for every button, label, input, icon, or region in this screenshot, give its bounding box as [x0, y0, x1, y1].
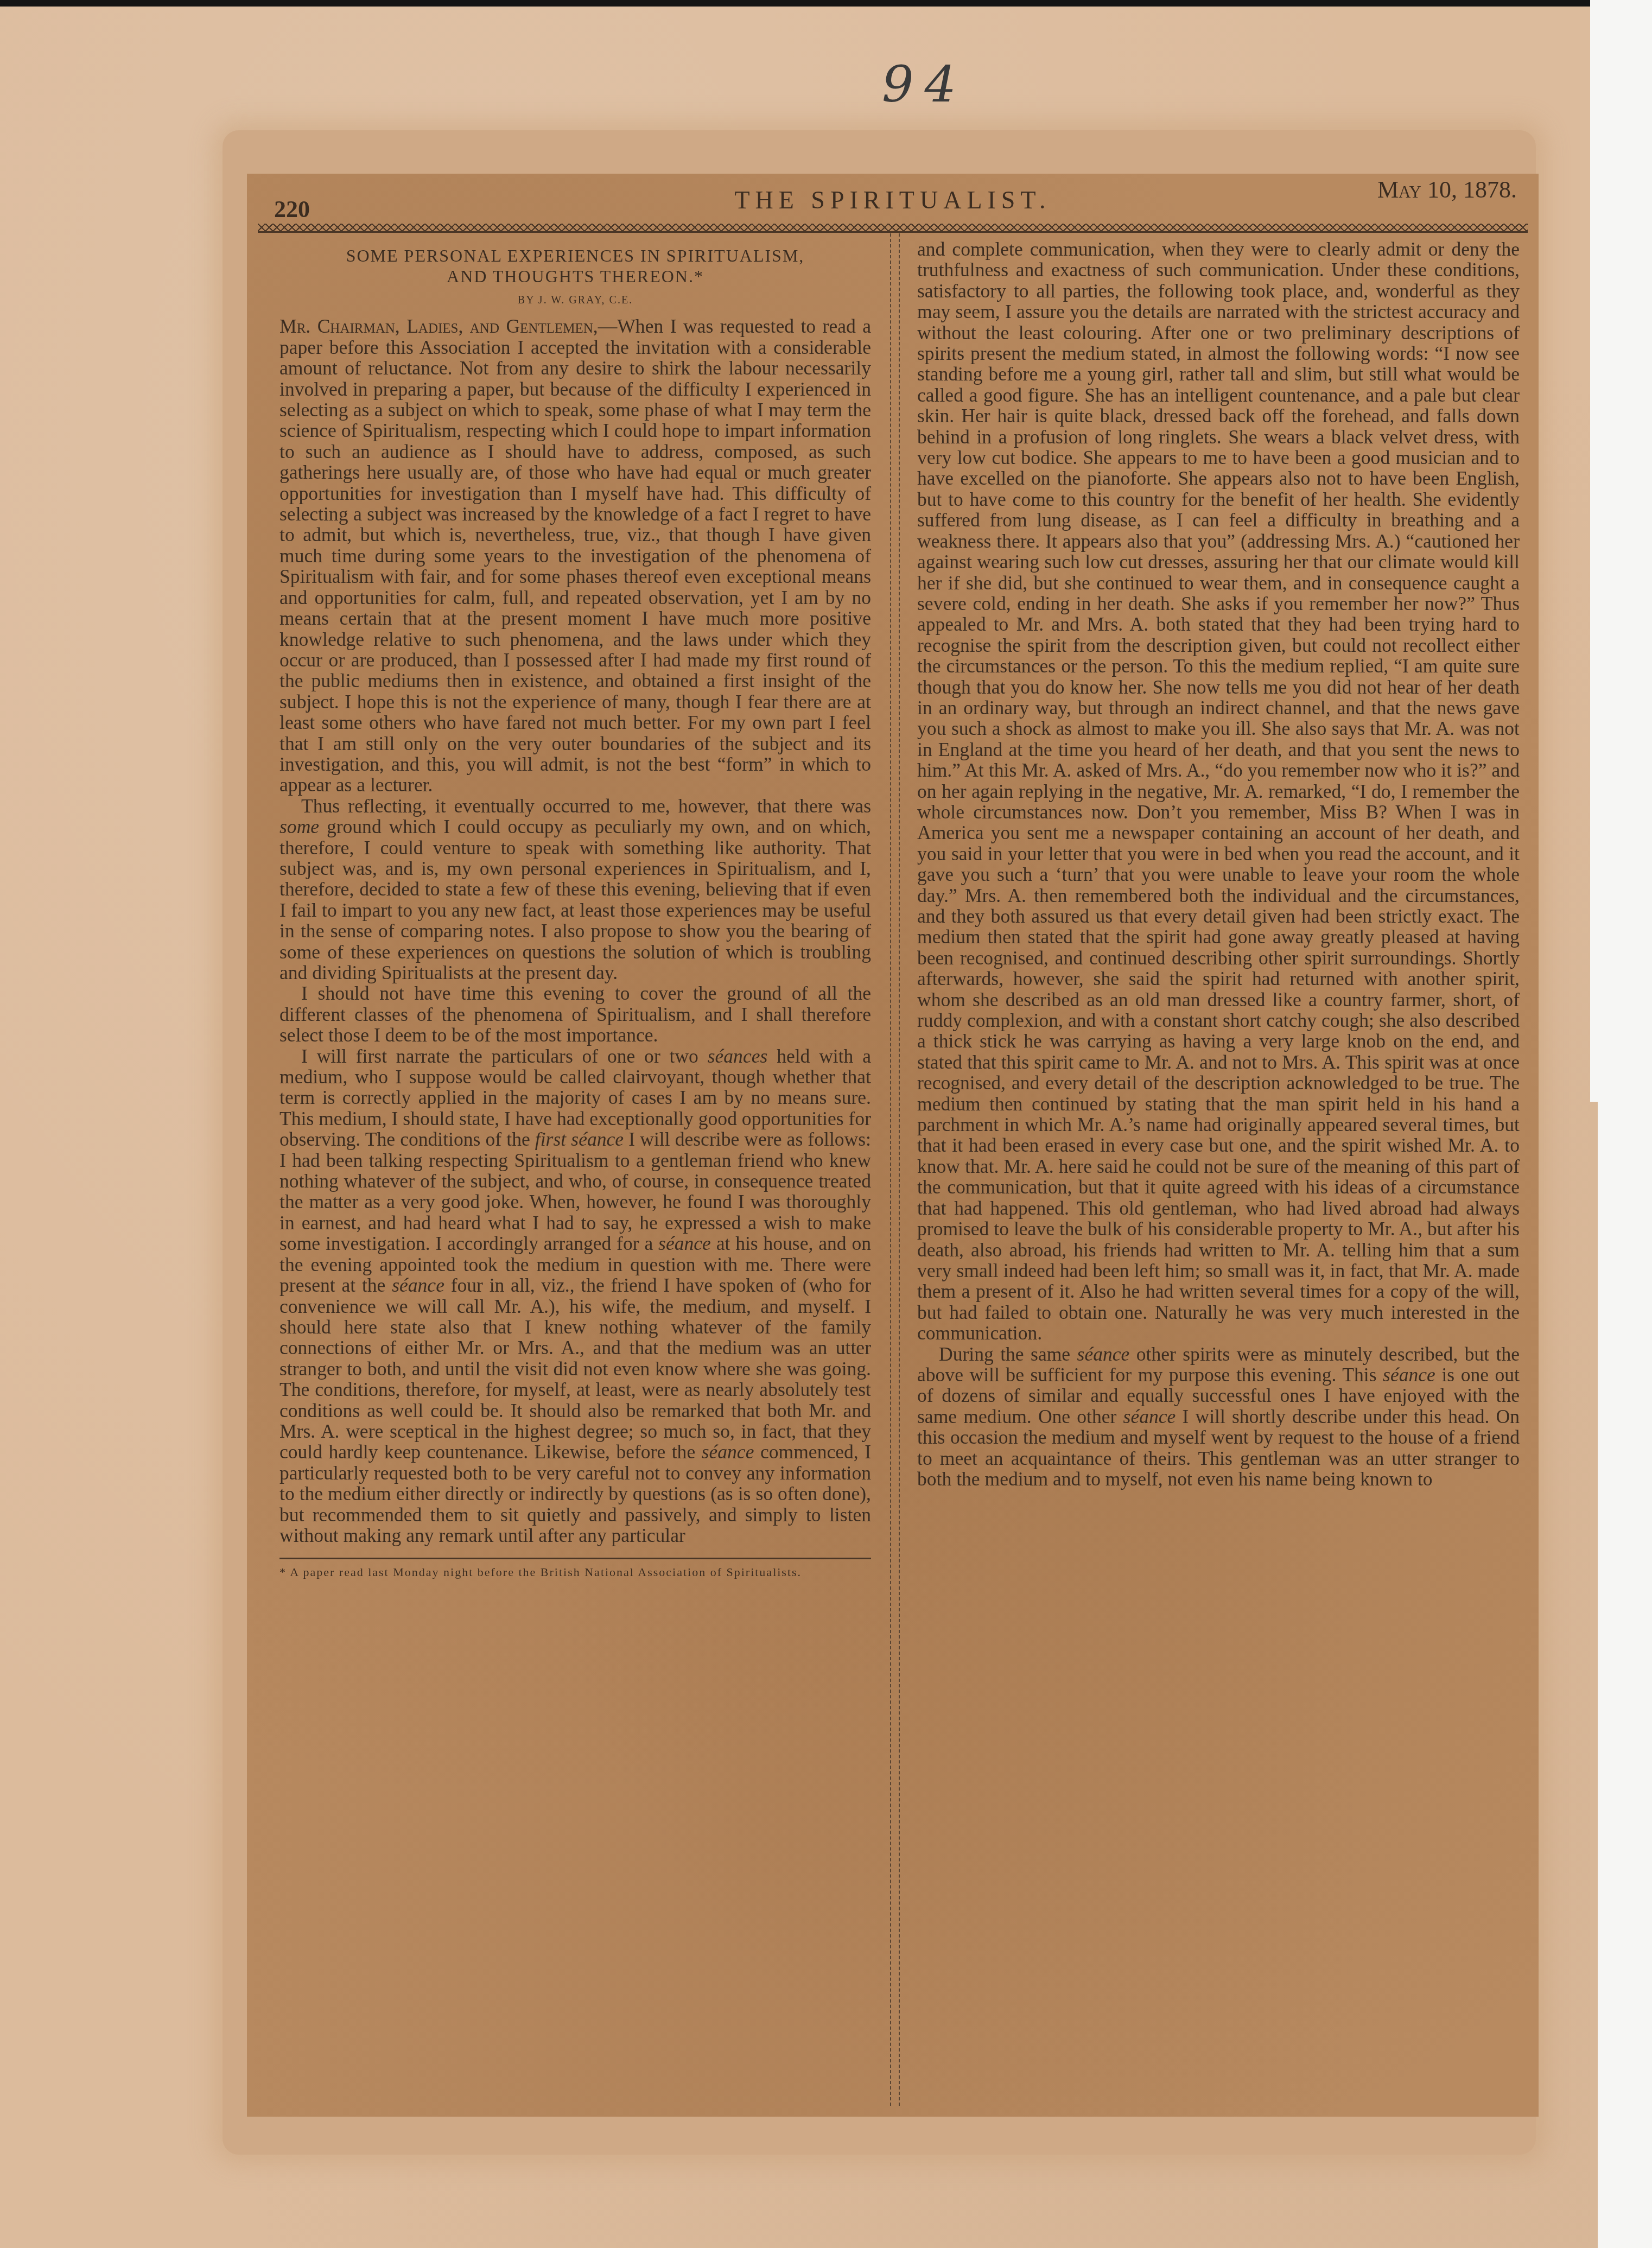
issue-date: May 10, 1878. [1377, 176, 1517, 204]
footnote-rule [279, 1558, 871, 1559]
masthead-rule [258, 224, 1528, 233]
paragraph: I should not have time this evening to c… [279, 983, 871, 1045]
article-byline: BY J. W. GRAY, C.E. [279, 290, 871, 310]
paragraph: I will first narrate the particulars of … [279, 1046, 871, 1546]
newspaper-clipping: 220 THE SPIRITUALIST. May 10, 1878. SOME… [247, 174, 1539, 2117]
right-column: and complete communication, when they we… [917, 239, 1520, 1489]
publication-title: THE SPIRITUALIST. [247, 186, 1539, 214]
mount-page-edge [1590, 1102, 1598, 2248]
salutation: Mr. Chairman, Ladies, and Gentlemen, [279, 315, 598, 337]
column-divider [890, 233, 900, 2106]
article-title-line-1: SOME PERSONAL EXPERIENCES IN SPIRITUALIS… [296, 245, 855, 266]
scan-top-edge [0, 0, 1590, 7]
paragraph: During the same séance other spirits wer… [917, 1344, 1520, 1490]
article-title-line-2: AND THOUGHTS THEREON.* [296, 266, 855, 287]
left-column: SOME PERSONAL EXPERIENCES IN SPIRITUALIS… [279, 239, 871, 1580]
footnote: * A paper read last Monday night before … [279, 1565, 871, 1580]
paragraph: Mr. Chairman, Ladies, and Gentlemen,—Whe… [279, 316, 871, 795]
paragraph: and complete communication, when they we… [917, 239, 1520, 1344]
handwritten-page-number: 94 [882, 55, 967, 113]
paragraph: Thus reflecting, it eventually occurred … [279, 796, 871, 983]
masthead: 220 THE SPIRITUALIST. May 10, 1878. [247, 174, 1539, 228]
article-title: SOME PERSONAL EXPERIENCES IN SPIRITUALIS… [296, 245, 855, 287]
